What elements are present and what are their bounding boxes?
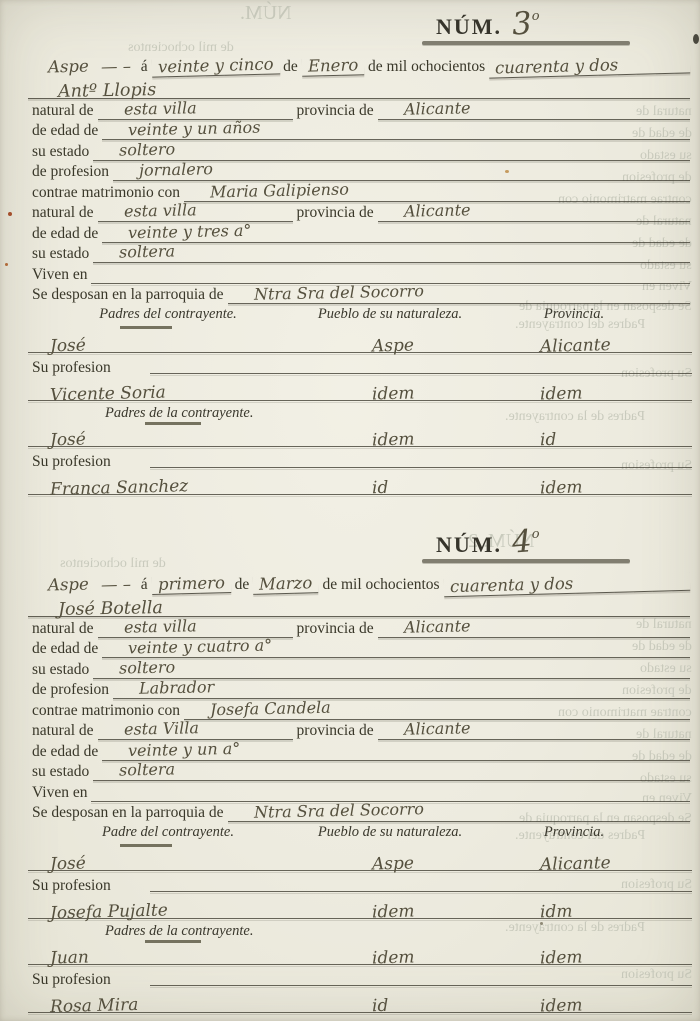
field-entry-line: Alicante bbox=[378, 617, 690, 638]
table-column-header: Padres del contrayente. bbox=[99, 306, 237, 323]
parents-subheading-label: Padres de la contrayente. bbox=[105, 923, 253, 940]
field-value-handwritten: Alicante bbox=[403, 718, 470, 738]
form-field-row: de edad deveinte y un a° bbox=[28, 740, 690, 761]
record-number: NÚM.3o bbox=[436, 6, 540, 42]
row-rule-line bbox=[28, 446, 692, 447]
field-value-handwritten: soltero bbox=[119, 139, 176, 159]
parents-table-row: Vicente Soriaidemidem bbox=[0, 378, 700, 404]
form-field-row: natural deesta villaprovincia deAlicante bbox=[28, 617, 690, 638]
row-rule-line bbox=[150, 891, 692, 892]
record-number-line: NÚM.4o bbox=[0, 520, 700, 564]
scan-speck bbox=[5, 263, 8, 266]
form-field-row: de edad deveinte y cuatro a° bbox=[28, 638, 690, 659]
form-field-row: contrae matrimonio conMaria Galipienso bbox=[28, 181, 690, 202]
parent-name-handwritten: José bbox=[50, 854, 86, 875]
field-value-handwritten: soltera bbox=[119, 759, 175, 779]
field-value-handwritten: veinte y tres a° bbox=[128, 220, 252, 242]
parent-provincia-handwritten: idem bbox=[540, 947, 583, 968]
field-label: contrae matrimonio con bbox=[28, 184, 184, 202]
parents-table-row: Joséidemid bbox=[0, 424, 700, 450]
row-rule-line bbox=[150, 373, 692, 374]
parents-table-row: Franca Sanchezididem bbox=[0, 472, 700, 498]
parent-pueblo-handwritten: Aspe bbox=[372, 853, 414, 874]
parent-name-handwritten: Rosa Mira bbox=[50, 995, 139, 1017]
scan-speck bbox=[8, 212, 12, 216]
form-field-row: de edad deveinte y un años bbox=[28, 120, 690, 141]
field-value-handwritten: Labrador bbox=[139, 677, 215, 698]
form-field-row: Se desposan en la parroquia deNtra Sra d… bbox=[28, 284, 690, 305]
date-month-handwritten: Enero bbox=[302, 55, 365, 77]
field-value-handwritten: soltera bbox=[119, 241, 175, 261]
marriage-record-2: NÚM.4oAspe— –áprimerodeMarzode mil ochoc… bbox=[0, 520, 700, 1016]
date-day-handwritten: primero bbox=[151, 573, 230, 595]
profession-label: Su profesion bbox=[28, 971, 115, 989]
date-year-handwritten: cuarenta y dos bbox=[489, 53, 690, 78]
form-field-row: su estadosoltero bbox=[28, 658, 690, 679]
parent-name-handwritten: José bbox=[50, 430, 86, 451]
date-place-handwritten: Aspe bbox=[42, 56, 95, 76]
scan-speck bbox=[693, 34, 699, 44]
field-entry-line: esta Villa bbox=[98, 719, 293, 740]
parent-provincia-handwritten: idem bbox=[540, 477, 583, 498]
record-number-label: NÚM. bbox=[436, 532, 502, 557]
parents-subheading-label: Padres de la contrayente. bbox=[105, 405, 253, 422]
field-entry-line: veinte y tres a° bbox=[102, 222, 690, 243]
field-label-secondary: provincia de bbox=[293, 204, 378, 222]
field-value-handwritten: jornalero bbox=[139, 159, 213, 180]
record-number-label: NÚM. bbox=[436, 14, 502, 39]
field-label: natural de bbox=[28, 204, 98, 222]
field-label: natural de bbox=[28, 102, 98, 120]
marriage-record-1: NÚM.3oAspe— –áveinte y cincodeEnerode mi… bbox=[0, 2, 700, 498]
record-number-underline bbox=[422, 559, 630, 563]
field-entry-line: veinte y un a° bbox=[102, 740, 690, 761]
date-place-handwritten: Aspe bbox=[42, 574, 95, 594]
field-entry-line: esta villa bbox=[98, 617, 293, 638]
field-entry-line: Josefa Candela bbox=[184, 699, 690, 720]
date-line: Aspe— –áprimerodeMarzode mil ochocientos… bbox=[42, 564, 690, 594]
date-dash-handwritten: — – bbox=[94, 56, 136, 76]
table-column-header: Pueblo de su naturaleza. bbox=[318, 824, 462, 841]
date-day-handwritten: veinte y cinco bbox=[151, 54, 279, 77]
field-value-handwritten: esta villa bbox=[123, 98, 196, 119]
form-field-row: Viven en bbox=[28, 263, 690, 284]
field-entry-line: Ntra Sra del Socorro bbox=[228, 801, 690, 822]
row-rule-line bbox=[150, 467, 692, 468]
form-field-row: contrae matrimonio conJosefa Candela bbox=[28, 699, 690, 720]
parent-provincia-handwritten: idem bbox=[540, 383, 583, 404]
parent-pueblo-handwritten: idem bbox=[372, 901, 415, 922]
field-label: de edad de bbox=[28, 225, 102, 243]
field-value-handwritten: esta villa bbox=[123, 616, 196, 637]
profession-label: Su profesion bbox=[28, 877, 115, 895]
header-dash bbox=[120, 326, 172, 329]
field-value-handwritten: Ntra Sra del Socorro bbox=[253, 799, 423, 822]
parent-pueblo-handwritten: Aspe bbox=[372, 335, 414, 356]
form-field-row: de profesionLabrador bbox=[28, 679, 690, 700]
form-field-row: Viven en bbox=[28, 781, 690, 802]
parents-table-row: Rosa Miraididem bbox=[0, 990, 700, 1016]
form-field-row: de edad deveinte y tres a° bbox=[28, 222, 690, 243]
form-field-row: su estadosoltera bbox=[28, 243, 690, 264]
parents-subheading-row: Padres de la contrayente. bbox=[0, 404, 700, 424]
table-column-header: Pueblo de su naturaleza. bbox=[318, 306, 462, 323]
field-value-handwritten: esta villa bbox=[123, 200, 196, 221]
parent-provincia-handwritten: id bbox=[540, 430, 557, 450]
parent-pueblo-handwritten: idem bbox=[372, 429, 415, 450]
field-entry-line: Ntra Sra del Socorro bbox=[228, 283, 690, 304]
record-number-line: NÚM.3o bbox=[0, 2, 700, 46]
field-label: de profesion bbox=[28, 163, 113, 181]
parent-name-handwritten: José bbox=[50, 336, 86, 357]
profession-row: Su profesion bbox=[0, 356, 700, 378]
profession-row: Su profesion bbox=[0, 968, 700, 990]
field-entry-line: soltera bbox=[93, 760, 690, 781]
record-number-value: 3 bbox=[511, 5, 533, 42]
field-value-handwritten: veinte y cuatro a° bbox=[128, 635, 273, 657]
parent-pueblo-handwritten: id bbox=[372, 996, 389, 1016]
parents-table-headers: Padres del contrayente.Pueblo de su natu… bbox=[0, 304, 700, 330]
field-label: contrae matrimonio con bbox=[28, 702, 184, 720]
date-prep-label: á bbox=[137, 58, 152, 76]
table-column-header: Provincia. bbox=[544, 824, 604, 841]
field-entry-line: veinte y cuatro a° bbox=[102, 637, 690, 658]
field-label: Viven en bbox=[28, 784, 91, 802]
row-rule-line bbox=[28, 964, 692, 965]
table-column-header: Padre del contrayente. bbox=[102, 824, 234, 841]
form-field-row: su estadosoltero bbox=[28, 140, 690, 161]
field-entry-line: veinte y un años bbox=[102, 119, 690, 140]
field-value-handwritten: soltero bbox=[119, 657, 176, 677]
field-entry-line: jornalero bbox=[113, 160, 690, 181]
field-label: Se desposan en la parroquia de bbox=[28, 804, 228, 822]
record-number: NÚM.4o bbox=[436, 524, 540, 560]
field-label: su estado bbox=[28, 245, 93, 263]
field-entry-line: Alicante bbox=[378, 99, 690, 120]
field-entry-line: Alicante bbox=[378, 719, 690, 740]
groom-name-line: José Botella bbox=[28, 594, 690, 617]
field-entry-line: esta villa bbox=[98, 201, 293, 222]
parent-provincia-handwritten: Alicante bbox=[540, 335, 611, 357]
field-label: de edad de bbox=[28, 640, 102, 658]
form-field-row: de profesionjornalero bbox=[28, 161, 690, 182]
field-entry-line: esta villa bbox=[98, 99, 293, 120]
field-label: de edad de bbox=[28, 122, 102, 140]
field-value-handwritten: veinte y un a° bbox=[128, 738, 241, 759]
scan-speck bbox=[540, 922, 543, 925]
parent-provincia-handwritten: Alicante bbox=[540, 853, 611, 875]
field-label: Se desposan en la parroquia de bbox=[28, 286, 228, 304]
field-label: su estado bbox=[28, 661, 93, 679]
field-label: Viven en bbox=[28, 266, 91, 284]
parent-provincia-handwritten: idem bbox=[540, 995, 583, 1016]
parent-pueblo-handwritten: id bbox=[372, 478, 389, 498]
record-number-value: 4 bbox=[511, 523, 533, 560]
field-value-handwritten: Alicante bbox=[403, 200, 470, 220]
date-dash-handwritten: — – bbox=[94, 574, 136, 594]
field-entry-line: Maria Galipienso bbox=[184, 181, 690, 202]
field-value-handwritten: veinte y un años bbox=[128, 118, 261, 140]
field-label: de profesion bbox=[28, 681, 113, 699]
field-label-secondary: provincia de bbox=[293, 620, 378, 638]
date-century-label: de mil ochocientos bbox=[318, 576, 443, 594]
table-column-header: Provincia. bbox=[544, 306, 604, 323]
field-value-handwritten: Alicante bbox=[403, 98, 470, 118]
date-month-handwritten: Marzo bbox=[253, 573, 319, 595]
parents-table-row: Josefa Pujalteidemidm bbox=[0, 896, 700, 922]
field-entry-line: soltero bbox=[93, 658, 690, 679]
parents-table-row: JoséAspeAlicante bbox=[0, 330, 700, 356]
field-label: su estado bbox=[28, 143, 93, 161]
parents-table-headers: Padre del contrayente.Pueblo de su natur… bbox=[0, 822, 700, 848]
parent-pueblo-handwritten: idem bbox=[372, 947, 415, 968]
date-prep-label: á bbox=[137, 576, 152, 594]
date-century-label: de mil ochocientos bbox=[364, 58, 489, 76]
form-field-row: natural deesta villaprovincia deAlicante bbox=[28, 202, 690, 223]
field-label: natural de bbox=[28, 722, 98, 740]
parent-provincia-handwritten: idm bbox=[540, 902, 573, 923]
record-number-underline bbox=[422, 41, 630, 45]
groom-name-line: Antº Llopis bbox=[28, 76, 690, 99]
parent-pueblo-handwritten: idem bbox=[372, 383, 415, 404]
field-label-secondary: provincia de bbox=[293, 722, 378, 740]
row-rule-line bbox=[150, 985, 692, 986]
field-label: natural de bbox=[28, 620, 98, 638]
record-number-ordinal: o bbox=[532, 527, 540, 542]
date-of-label: de bbox=[279, 58, 302, 76]
field-label-secondary: provincia de bbox=[293, 102, 378, 120]
header-dash bbox=[120, 844, 172, 847]
field-entry-line: soltera bbox=[93, 242, 690, 263]
profession-row: Su profesion bbox=[0, 874, 700, 896]
profession-label: Su profesion bbox=[28, 453, 115, 471]
field-entry-line: Labrador bbox=[113, 678, 690, 699]
date-of-label: de bbox=[231, 576, 254, 594]
form-field-row: natural deesta Villaprovincia deAlicante bbox=[28, 720, 690, 741]
parents-table-row: Juanidemidem bbox=[0, 942, 700, 968]
profession-row: Su profesion bbox=[0, 450, 700, 472]
field-label: de edad de bbox=[28, 743, 102, 761]
parent-name-handwritten: Franca Sanchez bbox=[50, 476, 189, 500]
field-value-handwritten: Ntra Sra del Socorro bbox=[253, 281, 423, 304]
field-value-handwritten: esta Villa bbox=[123, 718, 198, 739]
profession-label: Su profesion bbox=[28, 359, 115, 377]
field-entry-line: Alicante bbox=[378, 201, 690, 222]
parent-name-handwritten: Vicente Soria bbox=[50, 382, 166, 405]
parent-name-handwritten: Juan bbox=[50, 947, 89, 968]
parent-name-handwritten: Josefa Pujalte bbox=[50, 900, 168, 923]
scanned-marriage-register-page: NÚM.de mil ochocientosnatural dede edad … bbox=[0, 0, 700, 1021]
parents-table-row: JoséAspeAlicante bbox=[0, 848, 700, 874]
form-field-row: natural deesta villaprovincia deAlicante bbox=[28, 99, 690, 120]
form-field-row: su estadosoltera bbox=[28, 761, 690, 782]
field-value-handwritten: Alicante bbox=[403, 616, 470, 636]
field-label: su estado bbox=[28, 763, 93, 781]
form-field-row: Se desposan en la parroquia deNtra Sra d… bbox=[28, 802, 690, 823]
record-number-ordinal: o bbox=[532, 9, 540, 24]
scan-speck bbox=[505, 170, 509, 173]
parents-subheading-row: Padres de la contrayente. bbox=[0, 922, 700, 942]
field-entry-line: soltero bbox=[93, 140, 690, 161]
date-line: Aspe— –áveinte y cincodeEnerode mil ocho… bbox=[42, 46, 690, 76]
field-value-handwritten: Josefa Candela bbox=[210, 697, 331, 719]
field-value-handwritten: Maria Galipienso bbox=[210, 179, 349, 201]
